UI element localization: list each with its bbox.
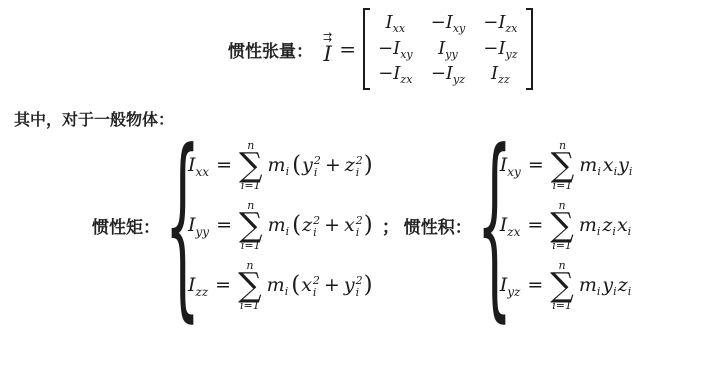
double-arrow-icon: → → bbox=[323, 33, 332, 42]
intro-text: 其中，对于一般物体： bbox=[14, 107, 703, 130]
sigma-icon: ∑ bbox=[239, 211, 263, 238]
product-equations: Ixy = n ∑ i=1 mi xi yi Izx = n ∑ i=1 bbox=[500, 140, 634, 311]
right-curly-brace: { bbox=[476, 126, 495, 325]
matrix-cell: −Iyz bbox=[431, 64, 466, 85]
equals-sign: = bbox=[215, 276, 231, 295]
equals-sign: = bbox=[528, 156, 544, 175]
matrix-cell: Iyy bbox=[431, 39, 466, 60]
matrix-cell: Ixx bbox=[378, 13, 413, 34]
summation: n ∑ i=1 bbox=[551, 140, 575, 191]
sigma-icon: ∑ bbox=[238, 271, 262, 298]
equation-Iyz: Iyz = n ∑ i=1 mi yi zi bbox=[500, 260, 634, 311]
equation-Iyy: Iyy = n ∑ i=1 mi ( z2i + x2i ) bbox=[188, 200, 374, 251]
tensor-equation-row: 惯性张量： → → I = Ixx −Ixy −Izx −Ixy Iyy −Iy… bbox=[228, 0, 703, 90]
summation: n ∑ i=1 bbox=[238, 260, 262, 311]
tensor-label: 惯性张量： bbox=[228, 37, 313, 62]
moment-equations: Ixx = n ∑ i=1 mi ( y2i + z2i ) Iyy = n bbox=[188, 140, 374, 311]
summation: n ∑ i=1 bbox=[239, 140, 263, 191]
document-page: 惯性张量： → → I = Ixx −Ixy −Izx −Ixy Iyy −Iy… bbox=[0, 0, 703, 371]
semicolon-separator: ； bbox=[382, 213, 400, 239]
summation: n ∑ i=1 bbox=[239, 200, 263, 251]
sigma-icon: ∑ bbox=[551, 151, 575, 178]
summation: n ∑ i=1 bbox=[550, 260, 574, 311]
matrix-grid: Ixx −Ixy −Izx −Ixy Iyy −Iyz −Izx −Iyz Iz… bbox=[375, 8, 521, 90]
matrix-cell: −Ixy bbox=[378, 39, 413, 60]
tensor-symbol: → → I bbox=[323, 33, 332, 65]
equation-Ixx: Ixx = n ∑ i=1 mi ( y2i + z2i ) bbox=[188, 140, 374, 191]
sigma-icon: ∑ bbox=[239, 151, 263, 178]
equals-sign: = bbox=[216, 216, 232, 235]
matrix-right-bracket bbox=[526, 8, 533, 90]
matrix-cell: −Izx bbox=[378, 64, 413, 85]
equals-sign: = bbox=[216, 156, 232, 175]
sigma-icon: ∑ bbox=[550, 211, 574, 238]
matrix-cell: −Iyz bbox=[483, 39, 517, 60]
tensor-symbol-base: I bbox=[323, 44, 331, 65]
moment-label: 惯性矩： bbox=[92, 213, 160, 238]
summation: n ∑ i=1 bbox=[550, 200, 574, 251]
matrix-cell: Izz bbox=[483, 64, 517, 85]
matrix-cell: −Izx bbox=[483, 13, 517, 34]
matrix-cell: −Ixy bbox=[431, 13, 466, 34]
equation-Izz: Izz = n ∑ i=1 mi ( x2i + y2i ) bbox=[188, 260, 374, 311]
matrix-left-bracket bbox=[363, 8, 370, 90]
sigma-icon: ∑ bbox=[550, 271, 574, 298]
left-curly-brace: { bbox=[165, 126, 184, 325]
equals-sign: = bbox=[527, 216, 543, 235]
equals-sign: = bbox=[527, 276, 543, 295]
inertia-matrix: Ixx −Ixy −Izx −Ixy Iyy −Iyz −Izx −Iyz Iz… bbox=[363, 8, 533, 90]
equation-Izx: Izx = n ∑ i=1 mi zi xi bbox=[500, 200, 634, 251]
product-label: 惯性积： bbox=[404, 213, 472, 238]
equals-sign: = bbox=[339, 37, 356, 61]
equation-Ixy: Ixy = n ∑ i=1 mi xi yi bbox=[500, 140, 634, 191]
equation-systems-row: 惯性矩： { Ixx = n ∑ i=1 mi ( y2i + z2i ) bbox=[92, 140, 703, 311]
